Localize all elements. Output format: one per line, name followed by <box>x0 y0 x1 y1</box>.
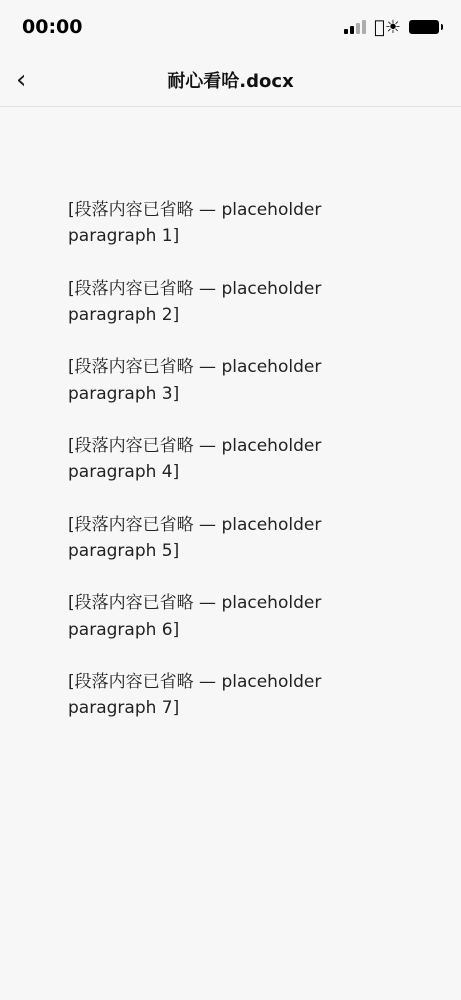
back-chevron-icon[interactable]: ‹ <box>16 67 26 93</box>
wifi-icon: ☀ <box>374 17 401 38</box>
phone-screen: 00:00 ☀ ‹ 耐心看哈.docx [段落内容已省略 — placehol… <box>0 0 461 1000</box>
document-body: [段落内容已省略 — placeholder paragraph 1][段落内容… <box>0 107 461 722</box>
document-paragraph: [段落内容已省略 — placeholder paragraph 3] <box>68 354 413 407</box>
cellular-signal-icon <box>344 20 366 34</box>
document-paragraph: [段落内容已省略 — placeholder paragraph 5] <box>68 512 413 565</box>
document-paragraph: [段落内容已省略 — placeholder paragraph 6] <box>68 590 413 643</box>
document-paragraph: [段落内容已省略 — placeholder paragraph 1] <box>68 197 413 250</box>
status-bar: 00:00 ☀ <box>0 0 461 54</box>
document-paragraph: [段落内容已省略 — placeholder paragraph 4] <box>68 433 413 486</box>
document-title: 耐心看哈.docx <box>0 67 461 93</box>
document-paragraph: [段落内容已省略 — placeholder paragraph 7] <box>68 669 413 722</box>
document-nav-bar: ‹ 耐心看哈.docx <box>0 54 461 107</box>
battery-icon <box>409 20 439 34</box>
document-paragraph: [段落内容已省略 — placeholder paragraph 2] <box>68 276 413 329</box>
clock: 00:00 <box>22 16 82 38</box>
